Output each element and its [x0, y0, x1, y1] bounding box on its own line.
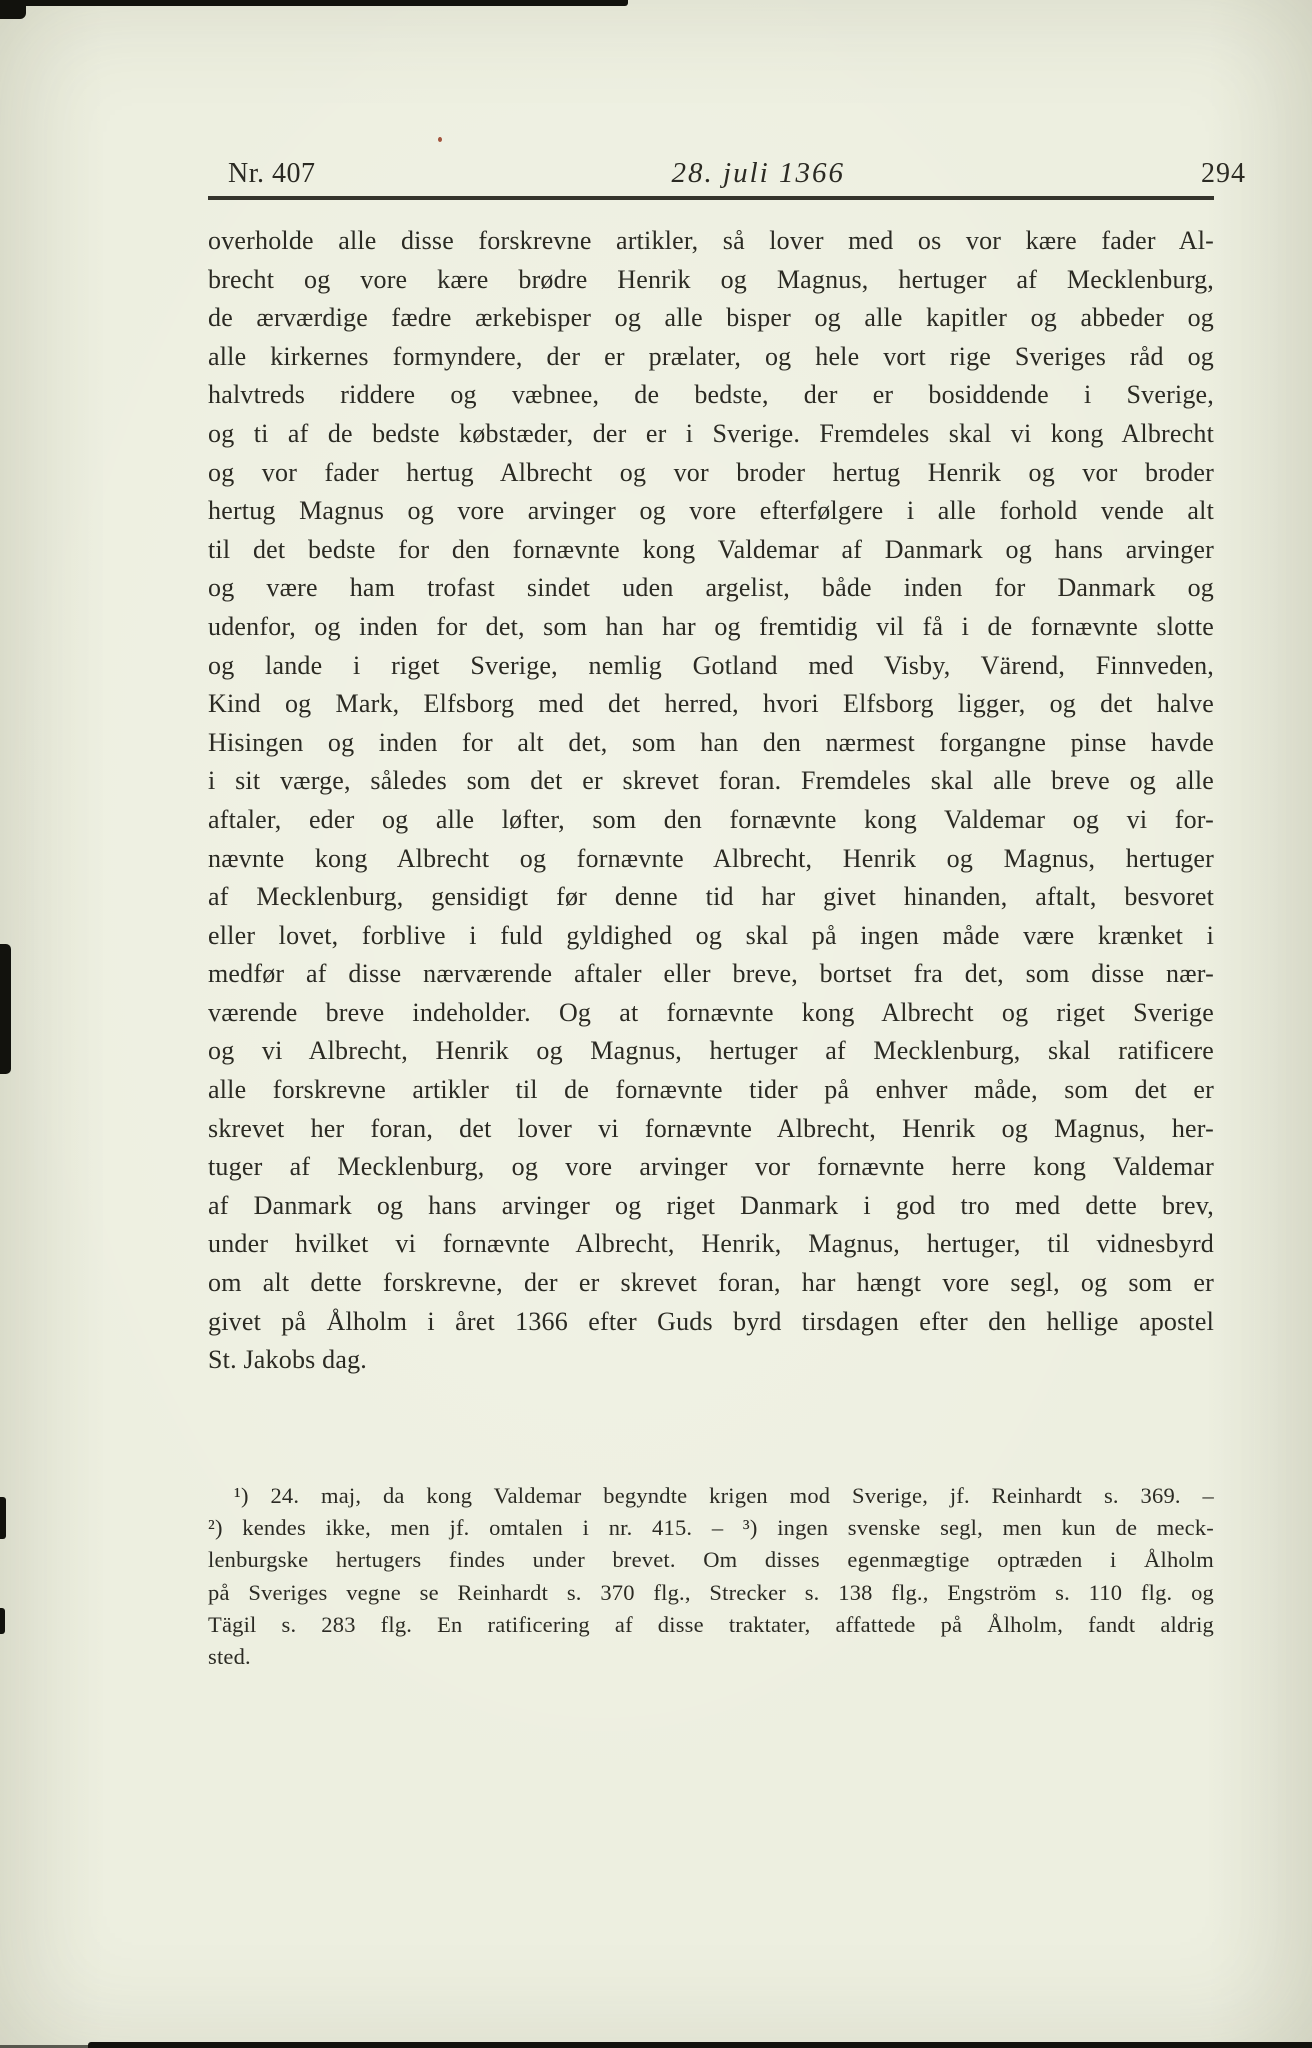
scan-artifact-top-edge [0, 0, 628, 6]
header-rule [208, 196, 1214, 200]
body-line: om alt dette forskrevne, der er skrevet … [208, 1264, 1214, 1303]
body-line: værende breve indeholder. Og at fornævnt… [208, 994, 1214, 1033]
body-line: af Mecklenburg, gensidigt før denne tid … [208, 878, 1214, 917]
body-line: skrevet her foran, det lover vi fornævnt… [208, 1110, 1214, 1149]
body-line: aftaler, eder og alle løfter, som den fo… [208, 801, 1214, 840]
body-line: og lande i riget Sverige, nemlig Gotland… [208, 647, 1214, 686]
body-line: tuger af Mecklenburg, og vore arvinger v… [208, 1148, 1214, 1187]
body-line: alle forskrevne artikler til de fornævnt… [208, 1071, 1214, 1110]
body-line: og vi Albrecht, Henrik og Magnus, hertug… [208, 1032, 1214, 1071]
scan-artifact-left-edge [0, 944, 11, 1074]
scan-artifact-bottom-edge [88, 2042, 1312, 2048]
scan-artifact-left-edge-small [0, 1608, 5, 1634]
footnote-line: ²) kendes ikke, men jf. omtalen i nr. 41… [208, 1512, 1214, 1544]
document-number: Nr. 407 [208, 157, 316, 191]
body-line: St. Jakobs dag. [208, 1341, 1214, 1380]
body-line: og vor fader hertug Albrecht og vor brod… [208, 454, 1214, 493]
footnote-line: på Sveriges vegne se Reinhardt s. 370 fl… [208, 1577, 1214, 1609]
body-line: givet på Ålholm i året 1366 efter Guds b… [208, 1303, 1214, 1342]
body-line: i sit værge, således som det er skrevet … [208, 762, 1214, 801]
body-line: de ærværdige fædre ærkebisper og alle bi… [208, 299, 1214, 338]
body-line: Kind og Mark, Elfsborg med det herred, h… [208, 685, 1214, 724]
body-line: og ti af de bedste købstæder, der er i S… [208, 415, 1214, 454]
body-line: nævnte kong Albrecht og fornævnte Albrec… [208, 840, 1214, 879]
body-line: udenfor, og inden for det, som han har o… [208, 608, 1214, 647]
body-line: alle kirkernes formyndere, der er prælat… [208, 338, 1214, 377]
running-head: Nr. 407 28. juli 1366 294 [208, 156, 1246, 191]
document-date: 28. juli 1366 [316, 156, 1202, 190]
footnote-block: ¹) 24. maj, da kong Valdemar begyndte kr… [208, 1480, 1214, 1673]
body-line: medfør af disse nærværende aftaler eller… [208, 955, 1214, 994]
body-line: og være ham trofast sindet uden argelist… [208, 569, 1214, 608]
body-line: eller lovet, forblive i fuld gyldighed o… [208, 917, 1214, 956]
body-line: under hvilket vi fornævnte Albrecht, Hen… [208, 1225, 1214, 1264]
body-line: hertug Magnus og vore arvinger og vore e… [208, 492, 1214, 531]
footnote-line: sted. [208, 1641, 1214, 1673]
page-number: 294 [1201, 157, 1246, 191]
footnote-line: lenburgske hertugers findes under brevet… [208, 1544, 1214, 1576]
body-paragraph: overholde alle disse forskrevne artikler… [208, 222, 1214, 1380]
body-line: halvtreds riddere og væbnee, de bedste, … [208, 376, 1214, 415]
body-line: brecht og vore kære brødre Henrik og Mag… [208, 261, 1214, 300]
paper-speck [438, 137, 442, 142]
scanned-book-page: Nr. 407 28. juli 1366 294 overholde alle… [0, 0, 1312, 2048]
scan-artifact-top-left-corner [0, 0, 26, 19]
footnote-line: Tägil s. 283 flg. En ratificering af dis… [208, 1609, 1214, 1641]
footnote-line: ¹) 24. maj, da kong Valdemar begyndte kr… [208, 1480, 1214, 1512]
body-line: Hisingen og inden for alt det, som han d… [208, 724, 1214, 763]
body-line: til det bedste for den fornævnte kong Va… [208, 531, 1214, 570]
body-line: af Danmark og hans arvinger og riget Dan… [208, 1187, 1214, 1226]
body-line: overholde alle disse forskrevne artikler… [208, 222, 1214, 261]
scan-artifact-left-edge-small [0, 1497, 6, 1539]
